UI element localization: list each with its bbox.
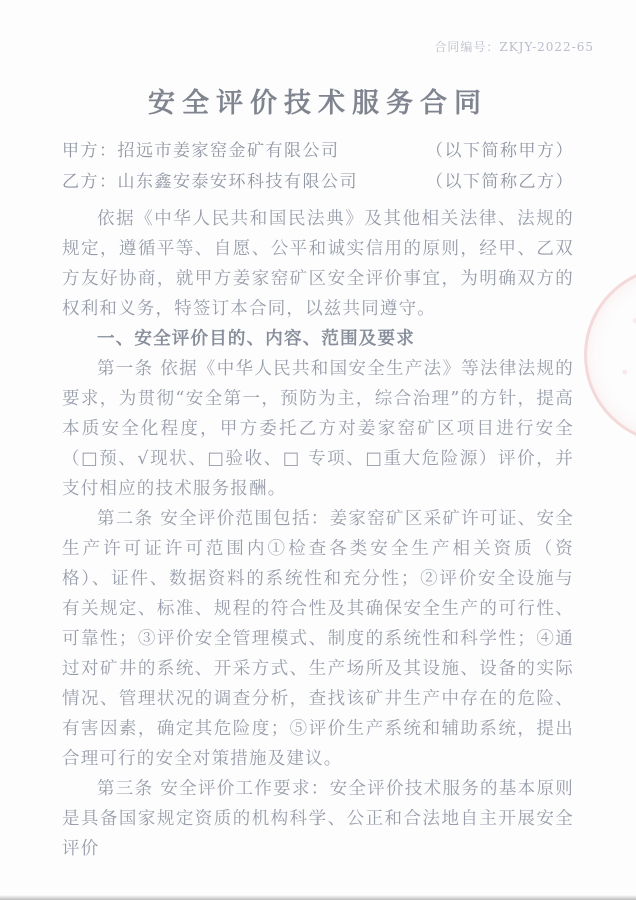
contract-number: 合同编号：ZKJY-2022-65 bbox=[0, 0, 636, 55]
party-a-company: 招远市姜家窑金矿有限公司 bbox=[118, 141, 340, 161]
party-b-company: 山东鑫安泰安环科技有限公司 bbox=[118, 172, 359, 192]
document-content: 甲方：招远市姜家窑金矿有限公司 （以下简称甲方） 乙方：山东鑫安泰安环科技有限公… bbox=[0, 136, 636, 864]
scan-bottom-edge bbox=[0, 895, 636, 900]
party-a-alias: （以下简称甲方） bbox=[426, 136, 574, 167]
party-a-name: 甲方：招远市姜家窑金矿有限公司 bbox=[62, 136, 340, 167]
party-b-name: 乙方：山东鑫安泰安环科技有限公司 bbox=[62, 167, 358, 198]
parties-block: 甲方：招远市姜家窑金矿有限公司 （以下简称甲方） 乙方：山东鑫安泰安环科技有限公… bbox=[62, 136, 574, 198]
party-row-jiafang: 甲方：招远市姜家窑金矿有限公司 （以下简称甲方） bbox=[62, 136, 574, 167]
party-b-role: 乙方： bbox=[62, 172, 118, 192]
contract-body: 依据《中华人民共和国民法典》及其他相关法律、法规的规定，遵循平等、自愿、公平和诚… bbox=[62, 204, 574, 864]
intro-paragraph: 依据《中华人民共和国民法典》及其他相关法律、法规的规定，遵循平等、自愿、公平和诚… bbox=[62, 204, 574, 324]
section-1-heading: 一、安全评价目的、内容、范围及要求 bbox=[62, 324, 574, 354]
document-page: 合同编号：ZKJY-2022-65 安全评价技术服务合同 甲方：招远市姜家窑金矿… bbox=[0, 0, 636, 900]
document-title: 安全评价技术服务合同 bbox=[0, 81, 636, 120]
party-b-alias: （以下简称乙方） bbox=[426, 167, 574, 198]
party-row-yifang: 乙方：山东鑫安泰安环科技有限公司 （以下简称乙方） bbox=[62, 167, 574, 198]
page-number: 1 bbox=[0, 814, 636, 828]
article-1-paragraph: 第一条 依据《中华人民共和国安全生产法》等法律法规的要求，为贯彻“安全第一，预防… bbox=[62, 354, 574, 504]
party-a-role: 甲方： bbox=[62, 141, 118, 161]
article-2-paragraph: 第二条 安全评价范围包括：姜家窑矿区采矿许可证、安全生产许可证许可范围内①检查各… bbox=[62, 504, 574, 774]
